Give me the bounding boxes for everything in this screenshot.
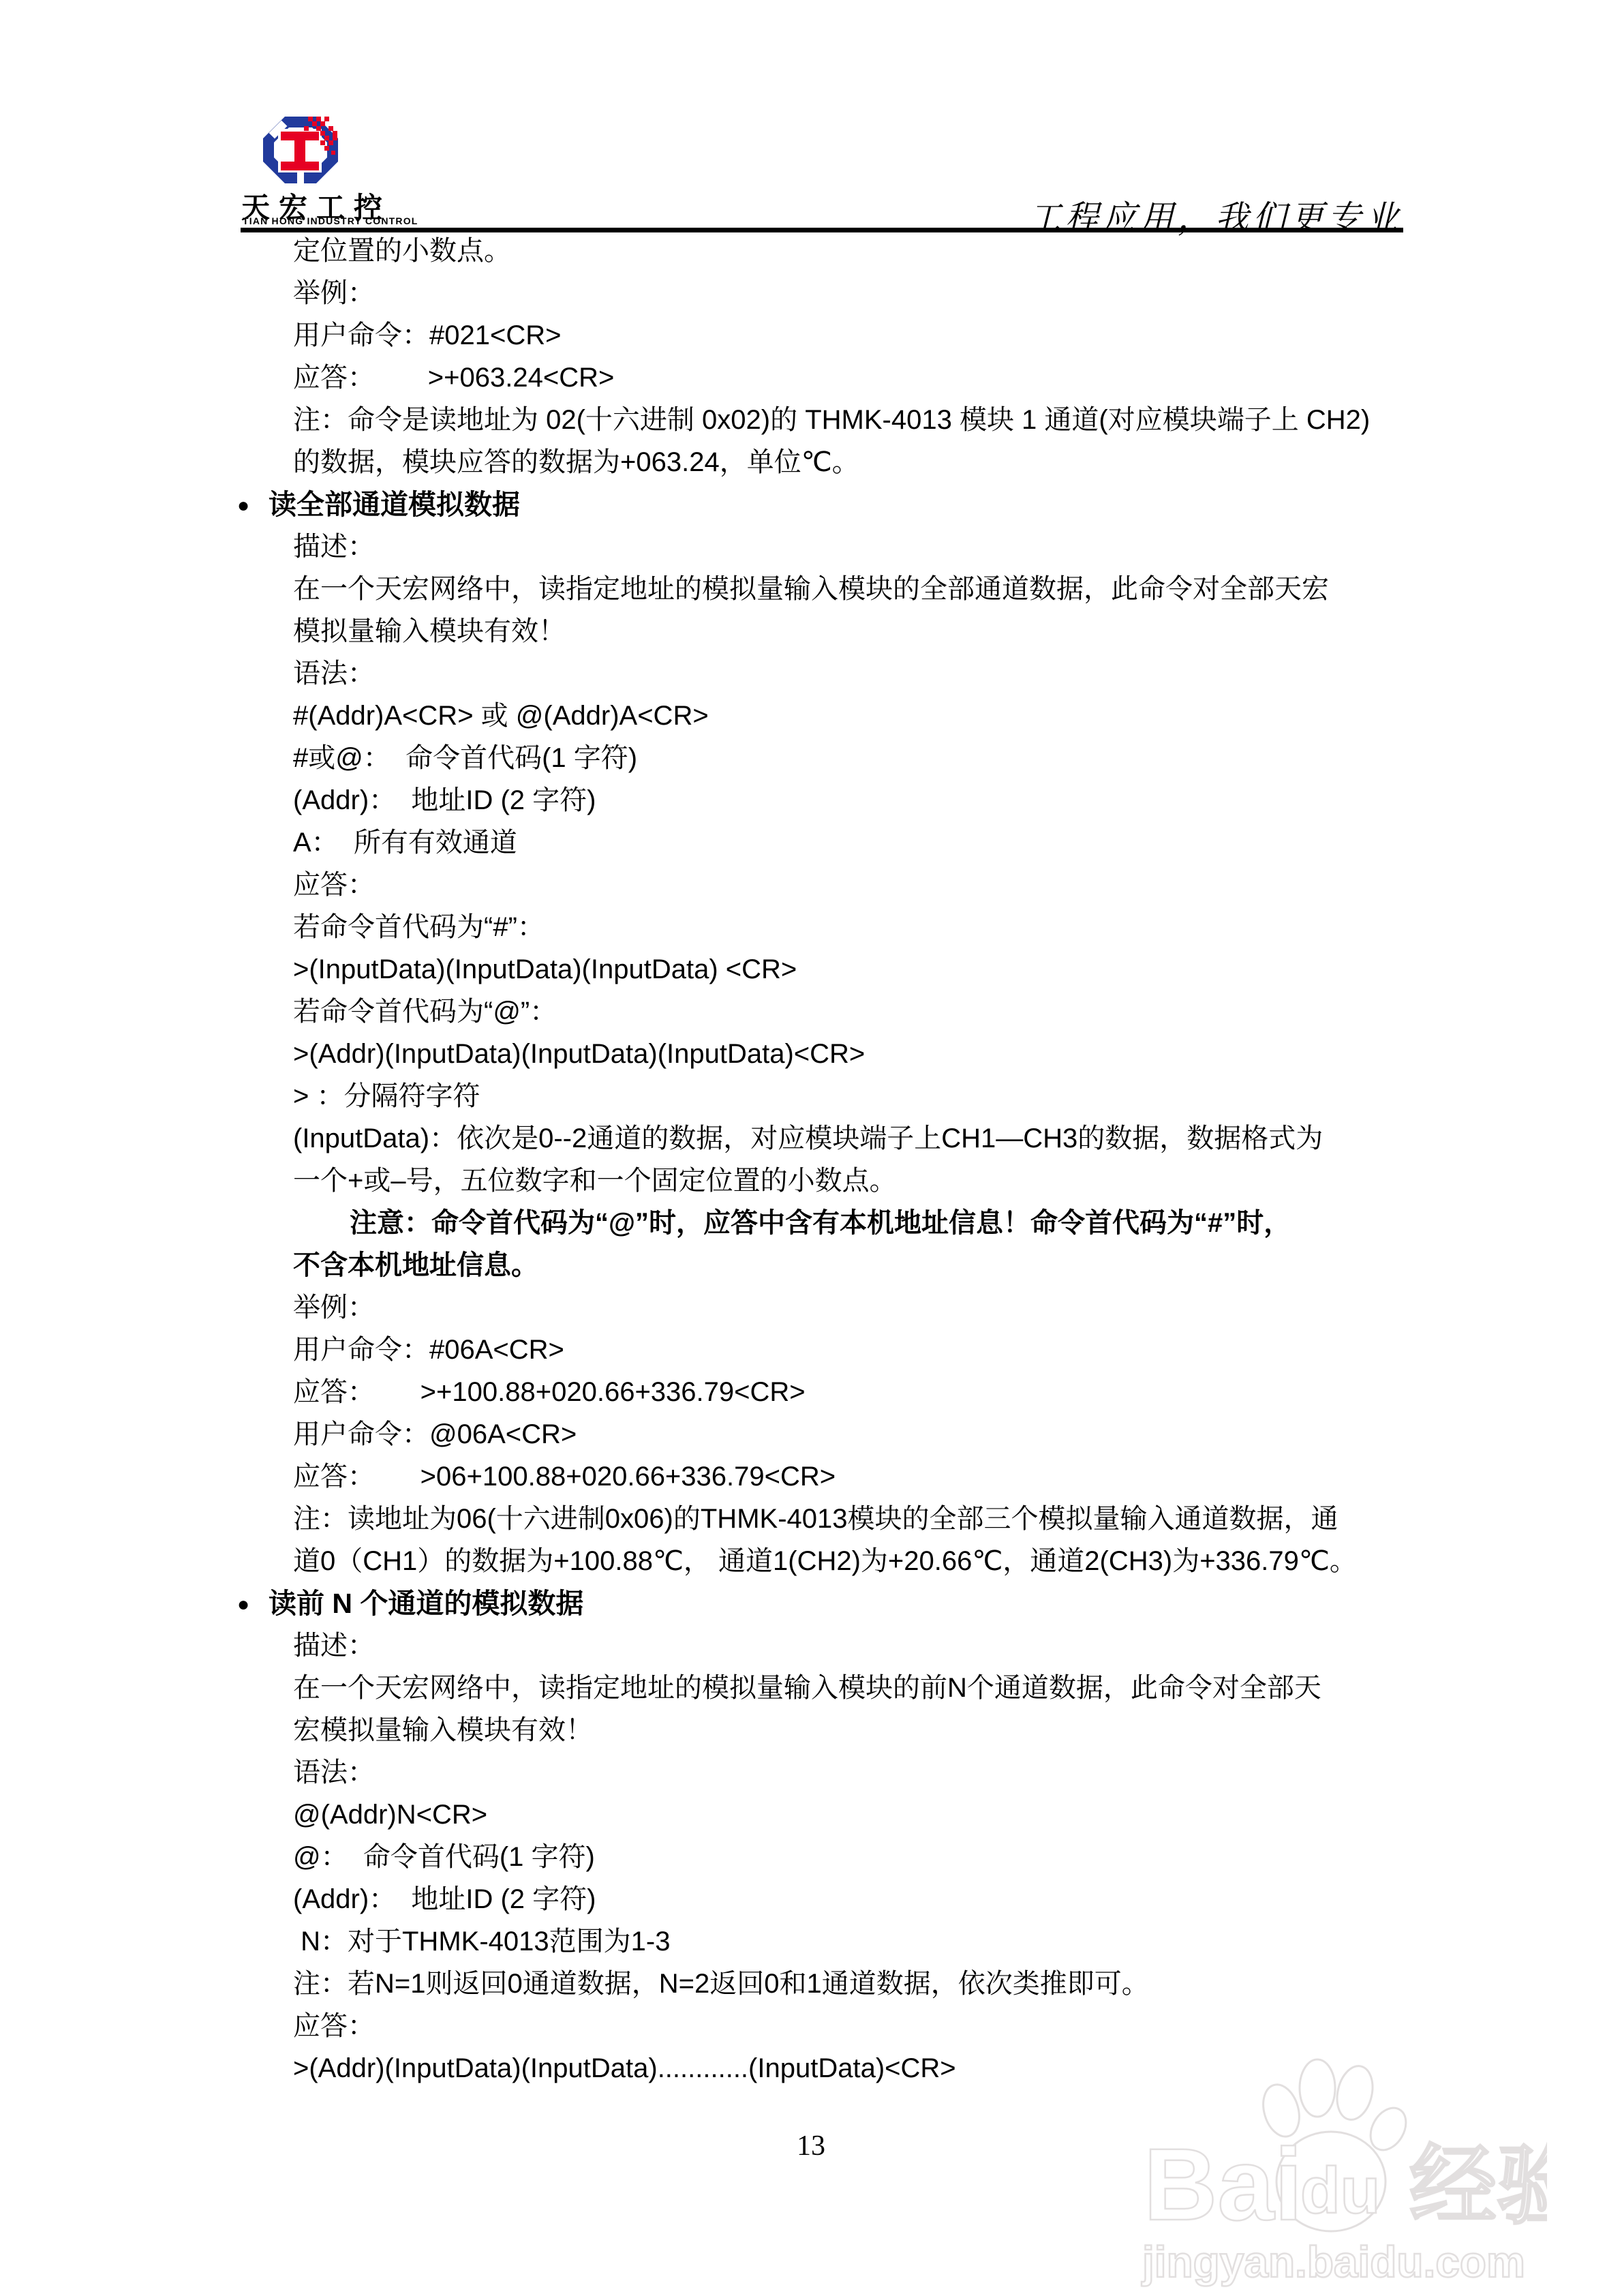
line-text: N：对于THMK-4013范围为1-3 xyxy=(293,1927,670,1957)
text-line: 定位置的小数点。 xyxy=(293,230,1622,272)
line-text: 的数据，模块应答的数据为+063.24，单位℃。 xyxy=(293,447,859,477)
text-line: 描述： xyxy=(293,526,1622,568)
text-line: 应答： xyxy=(293,2005,1622,2047)
line-text: 应答： xyxy=(293,2011,375,2041)
line-text: 若命令首代码为“#”： xyxy=(293,912,545,942)
line-text: 注：读地址为06(十六进制0x06)的THMK-4013模块的全部三个模拟量输入… xyxy=(293,1504,1338,1534)
text-line: @： 命令首代码(1 字符) xyxy=(293,1836,1622,1878)
watermark-brand-bai: Bai xyxy=(1144,2127,1302,2241)
line-text: #或@： 命令首代码(1 字符) xyxy=(293,743,637,773)
line-text: 道0（CH1）的数据为+100.88℃， 通道1(CH2)为+20.66℃，通道… xyxy=(293,1546,1357,1576)
text-line: > ：分隔符字符 xyxy=(293,1075,1622,1117)
watermark-site: jingyan.baidu.com xyxy=(1142,2237,1525,2286)
line-text: 用户命令：#06A<CR> xyxy=(293,1335,564,1365)
line-text: (InputData)：依次是0--2通道的数据，对应模块端子上CH1—CH3的… xyxy=(293,1123,1323,1153)
baidu-jingyan-watermark: Bai du 经验 jingyan.baidu.com xyxy=(1138,2057,1547,2289)
line-text: (Addr)： 地址ID (2 字符) xyxy=(293,785,596,815)
line-text: 举例： xyxy=(293,278,375,308)
company-logo-icon xyxy=(262,115,342,187)
bullet-icon: ● xyxy=(237,485,269,527)
text-line: #或@： 命令首代码(1 字符) xyxy=(293,737,1622,779)
text-line: 用户命令：#06A<CR> xyxy=(293,1329,1622,1371)
text-line: 道0（CH1）的数据为+100.88℃， 通道1(CH2)为+20.66℃，通道… xyxy=(293,1540,1622,1582)
text-line: N：对于THMK-4013范围为1-3 xyxy=(293,1920,1622,1963)
line-text: 注：命令是读地址为 02(十六进制 0x02)的 THMK-4013 模块 1 … xyxy=(293,405,1370,435)
text-line: >(Addr)(InputData)(InputData)(InputData)… xyxy=(293,1033,1622,1075)
line-text: 宏模拟量输入模块有效！ xyxy=(293,1715,593,1745)
text-line: #(Addr)A<CR> 或 @(Addr)A<CR> xyxy=(293,695,1622,737)
document-page: 天宏工控 TIAN HONG INDUSTRY CONTROL 工程应用，我们更… xyxy=(0,0,1622,2296)
line-text: 读前 N 个通道的模拟数据 xyxy=(269,1588,583,1619)
text-line: 语法： xyxy=(293,652,1622,695)
text-line: (Addr)： 地址ID (2 字符) xyxy=(293,1878,1622,1920)
text-line: (InputData)：依次是0--2通道的数据，对应模块端子上CH1—CH3的… xyxy=(293,1117,1622,1160)
section-heading: ●读前 N 个通道的模拟数据 xyxy=(237,1582,1622,1625)
text-line: 注：读地址为06(十六进制0x06)的THMK-4013模块的全部三个模拟量输入… xyxy=(293,1498,1622,1540)
text-line: 举例： xyxy=(293,1286,1622,1329)
text-line: 若命令首代码为“@”： xyxy=(293,991,1622,1033)
text-line: 模拟量输入模块有效！ xyxy=(293,610,1622,652)
text-line: 用户命令：#021<CR> xyxy=(293,314,1622,357)
text-line: 的数据，模块应答的数据为+063.24，单位℃。 xyxy=(293,441,1622,483)
text-line: 用户命令：@06A<CR> xyxy=(293,1413,1622,1455)
line-text: 在一个天宏网络中，读指定地址的模拟量输入模块的全部通道数据，此命令对全部天宏 xyxy=(293,574,1329,604)
text-line: 应答： >+063.24<CR> xyxy=(293,357,1622,399)
text-line: 一个+或–号，五位数字和一个固定位置的小数点。 xyxy=(293,1160,1622,1202)
line-text: >(Addr)(InputData)(InputData)...........… xyxy=(293,2053,956,2083)
text-line: >(InputData)(InputData)(InputData) <CR> xyxy=(293,948,1622,991)
text-line: 语法： xyxy=(293,1751,1622,1794)
document-body: 定位置的小数点。举例：用户命令：#021<CR>应答： >+063.24<CR>… xyxy=(0,230,1622,2089)
line-text: 描述： xyxy=(293,1631,375,1661)
line-text: >(InputData)(InputData)(InputData) <CR> xyxy=(293,954,797,984)
text-line: 在一个天宏网络中，读指定地址的模拟量输入模块的全部通道数据，此命令对全部天宏 xyxy=(293,568,1622,610)
text-line: @(Addr)N<CR> xyxy=(293,1794,1622,1836)
watermark-brand-du: du xyxy=(1300,2154,1380,2227)
text-line: 若命令首代码为“#”： xyxy=(293,906,1622,948)
line-text: (Addr)： 地址ID (2 字符) xyxy=(293,1884,596,1914)
line-text: 注意：命令首代码为“@”时，应答中含有本机地址信息！命令首代码为“#”时， xyxy=(350,1208,1291,1238)
watermark-brand-cn: 经验 xyxy=(1409,2137,1547,2235)
line-text: 应答： >06+100.88+020.66+336.79<CR> xyxy=(293,1462,836,1492)
line-text: 应答： xyxy=(293,870,375,900)
line-text: @(Addr)N<CR> xyxy=(293,1800,487,1830)
text-line: (Addr)： 地址ID (2 字符) xyxy=(293,779,1622,821)
line-text: 应答： >+063.24<CR> xyxy=(293,363,614,393)
text-line: 注：若N=1则返回0通道数据，N=2返回0和1通道数据，依次类推即可。 xyxy=(293,1963,1622,2005)
line-text: 若命令首代码为“@”： xyxy=(293,997,557,1027)
bullet-icon: ● xyxy=(237,1584,269,1626)
line-text: 举例： xyxy=(293,1293,375,1323)
line-text: 读全部通道模拟数据 xyxy=(269,489,520,520)
text-line: 注：命令是读地址为 02(十六进制 0x02)的 THMK-4013 模块 1 … xyxy=(293,399,1622,441)
line-text: @： 命令首代码(1 字符) xyxy=(293,1842,595,1872)
text-line: 在一个天宏网络中，读指定地址的模拟量输入模块的前N个通道数据，此命令对全部天 xyxy=(293,1667,1622,1709)
line-text: >(Addr)(InputData)(InputData)(InputData)… xyxy=(293,1039,865,1069)
line-text: 一个+或–号，五位数字和一个固定位置的小数点。 xyxy=(293,1166,897,1196)
line-text: 模拟量输入模块有效！ xyxy=(293,616,566,646)
text-line: 应答： >+100.88+020.66+336.79<CR> xyxy=(293,1371,1622,1413)
line-text: 用户命令：@06A<CR> xyxy=(293,1419,577,1449)
text-line: 应答： >06+100.88+020.66+336.79<CR> xyxy=(293,1455,1622,1498)
line-text: A： 所有有效通道 xyxy=(293,828,517,858)
text-line: 描述： xyxy=(293,1625,1622,1667)
section-heading: ●读全部通道模拟数据 xyxy=(237,483,1622,526)
line-text: 在一个天宏网络中，读指定地址的模拟量输入模块的前N个通道数据，此命令对全部天 xyxy=(293,1673,1321,1703)
text-line: 举例： xyxy=(293,272,1622,314)
line-text: 语法： xyxy=(293,1757,375,1787)
line-text: 不含本机地址信息。 xyxy=(293,1250,538,1280)
line-text: #(Addr)A<CR> 或 @(Addr)A<CR> xyxy=(293,701,709,731)
line-text: 描述： xyxy=(293,532,375,562)
line-text: 用户命令：#021<CR> xyxy=(293,320,561,350)
line-text: 定位置的小数点。 xyxy=(293,236,511,266)
text-line: A： 所有有效通道 xyxy=(293,821,1622,864)
text-line: 不含本机地址信息。 xyxy=(293,1244,1622,1286)
line-text: 应答： >+100.88+020.66+336.79<CR> xyxy=(293,1377,806,1407)
line-text: 注：若N=1则返回0通道数据，N=2返回0和1通道数据，依次类推即可。 xyxy=(293,1969,1149,1999)
text-line: 应答： xyxy=(293,864,1622,906)
line-text: 语法： xyxy=(293,659,375,689)
line-text: > ：分隔符字符 xyxy=(293,1081,480,1111)
text-line: 注意：命令首代码为“@”时，应答中含有本机地址信息！命令首代码为“#”时， xyxy=(350,1202,1622,1244)
company-name-en: TIAN HONG INDUSTRY CONTROL xyxy=(243,215,418,226)
text-line: 宏模拟量输入模块有效！ xyxy=(293,1709,1622,1751)
